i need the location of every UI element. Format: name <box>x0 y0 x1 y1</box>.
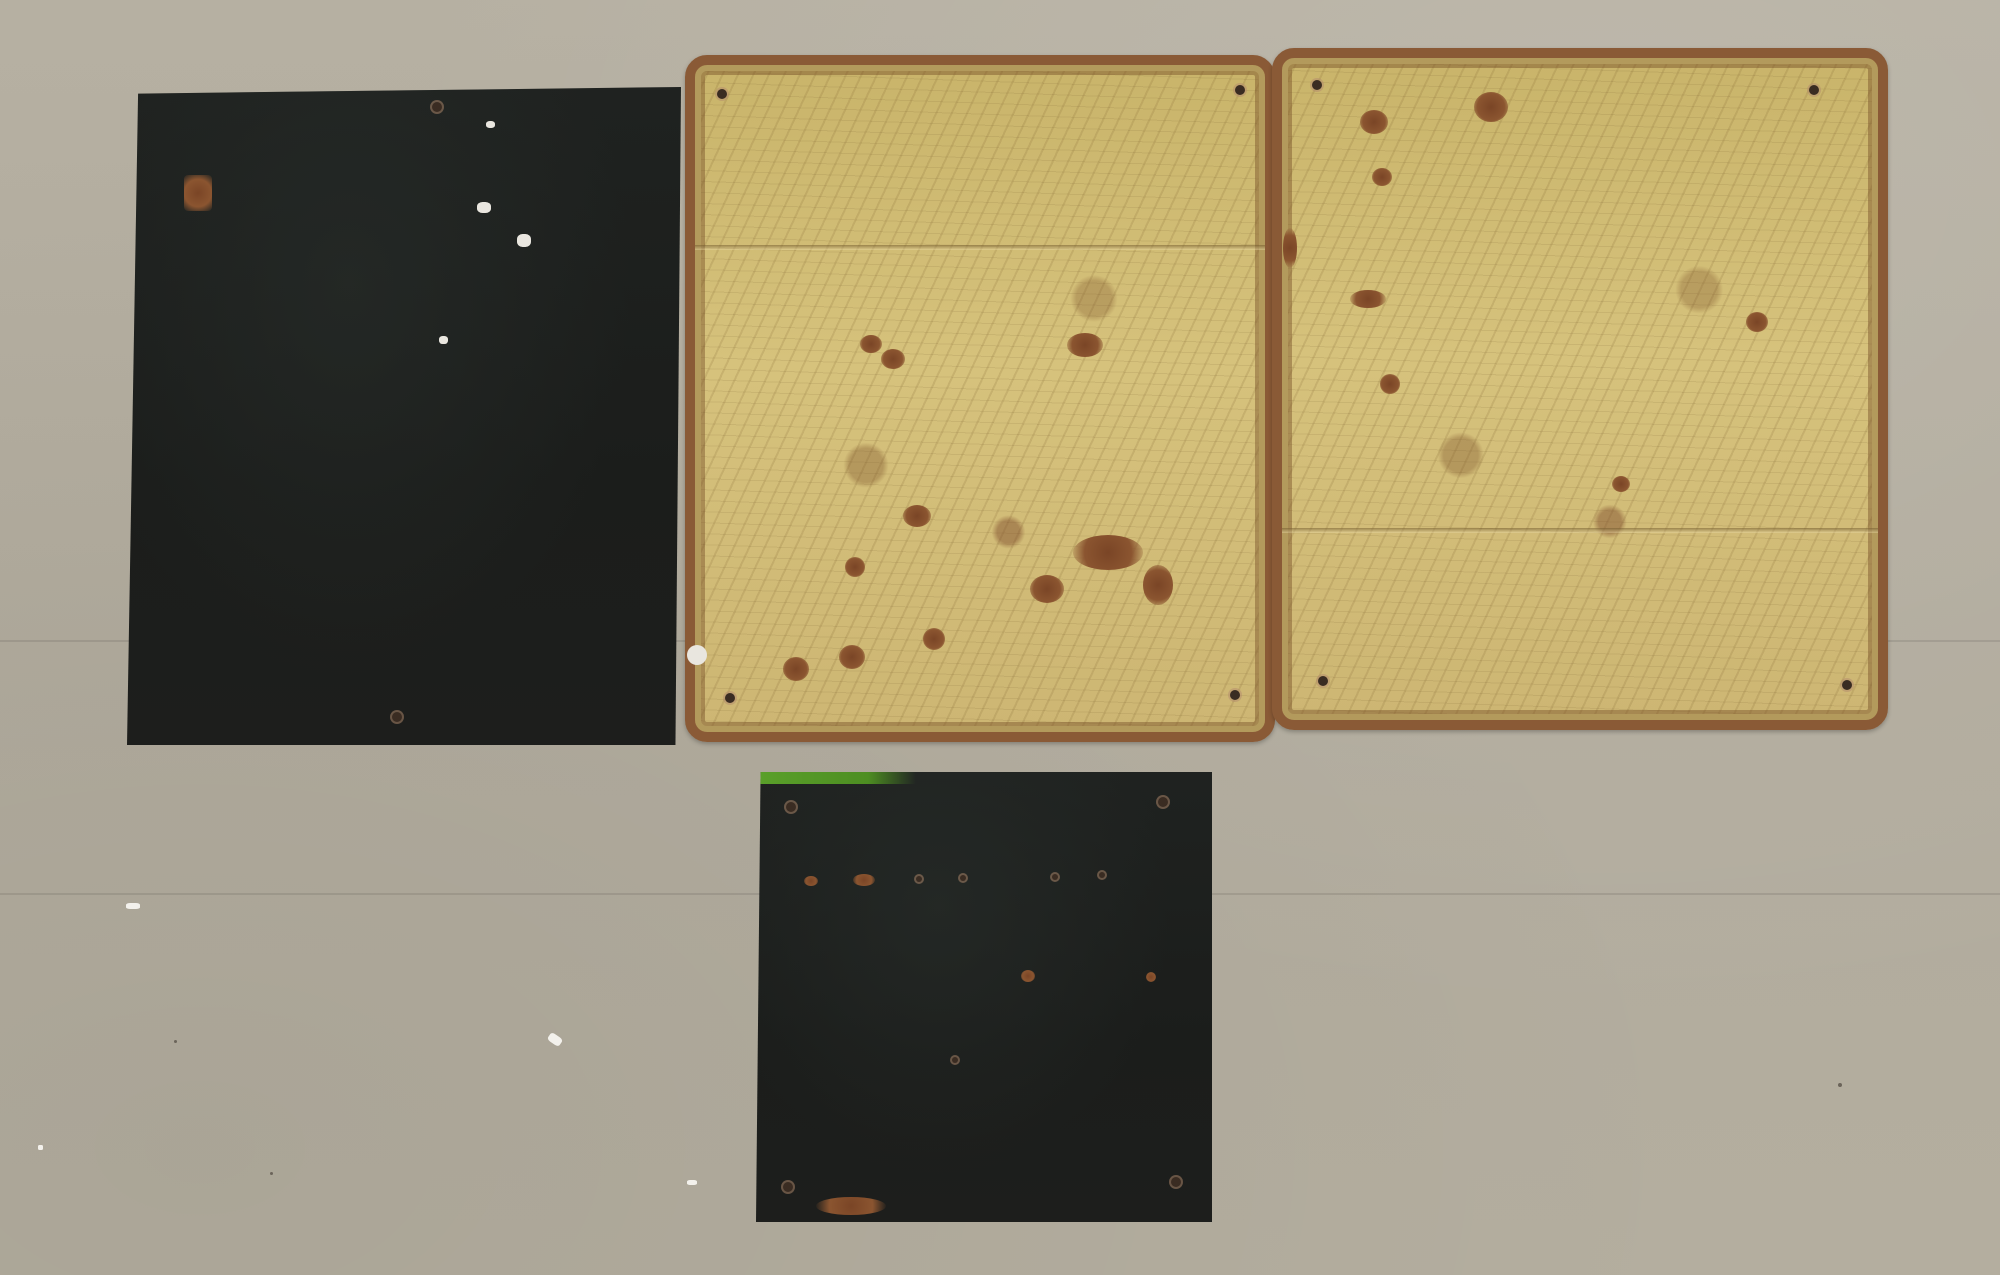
rust-spot <box>860 335 882 353</box>
rust-spot <box>1283 228 1297 268</box>
rust-spot <box>839 645 865 669</box>
mounting-hole <box>1318 676 1328 686</box>
paint-chip <box>439 336 448 344</box>
floor-speck <box>174 1040 177 1043</box>
mounting-hole <box>1312 80 1322 90</box>
mounting-hole <box>1158 797 1168 807</box>
paint-fleck <box>547 1032 564 1047</box>
rust-spot <box>853 874 875 886</box>
mounting-hole <box>1235 85 1245 95</box>
bend-crease <box>695 245 1265 250</box>
paint-chip <box>687 645 707 665</box>
paint-fleck <box>38 1145 43 1150</box>
rust-spot <box>804 876 818 886</box>
mounting-hole <box>1171 1177 1181 1187</box>
mounting-hole <box>717 89 727 99</box>
mounting-hole <box>1809 85 1819 95</box>
green-paint-edge <box>756 772 916 784</box>
rust-spot <box>1067 333 1103 357</box>
dark-plate-bottom-center <box>756 772 1212 1222</box>
rust-spot <box>1146 972 1156 982</box>
rust-spot <box>184 175 212 211</box>
gold-plate-top-middle <box>685 55 1275 742</box>
rust-spot <box>816 1197 886 1215</box>
rust-spot <box>1143 565 1173 605</box>
mounting-hole <box>1842 680 1852 690</box>
mounting-hole <box>725 693 735 703</box>
rust-spot <box>1372 168 1392 186</box>
rust-spot <box>903 505 931 527</box>
rivet-hole <box>1052 874 1058 880</box>
mounting-hole <box>1230 690 1240 700</box>
mounting-hole <box>786 802 796 812</box>
rust-spot <box>1030 575 1064 603</box>
gold-plate-top-right <box>1272 48 1888 730</box>
rust-spot <box>845 557 865 577</box>
paint-fleck <box>126 903 140 909</box>
paint-chip <box>477 202 491 213</box>
rivet-hole <box>916 876 922 882</box>
rust-spot <box>1073 535 1143 570</box>
paint-chip <box>486 121 495 128</box>
rust-spot <box>1746 312 1768 332</box>
floor-speck <box>1838 1083 1842 1087</box>
bend-crease <box>1282 528 1878 533</box>
rust-spot <box>1474 92 1508 122</box>
rust-spot <box>1021 970 1035 982</box>
paint-chip <box>517 234 531 247</box>
dark-plate-top-left <box>127 87 681 745</box>
mounting-hole <box>783 1182 793 1192</box>
rust-spot <box>881 349 905 369</box>
floor-speck <box>270 1172 273 1175</box>
mounting-hole <box>432 102 442 112</box>
rust-spot <box>1350 290 1386 308</box>
mounting-hole <box>392 712 402 722</box>
rivet-hole <box>960 875 966 881</box>
paint-fleck <box>687 1180 697 1185</box>
rivet-hole <box>952 1057 958 1063</box>
rust-spot <box>1380 374 1400 394</box>
rivet-hole <box>1099 872 1105 878</box>
rust-spot <box>1360 110 1388 134</box>
rust-spot <box>783 657 809 681</box>
rust-spot <box>923 628 945 650</box>
rust-spot <box>1612 476 1630 492</box>
